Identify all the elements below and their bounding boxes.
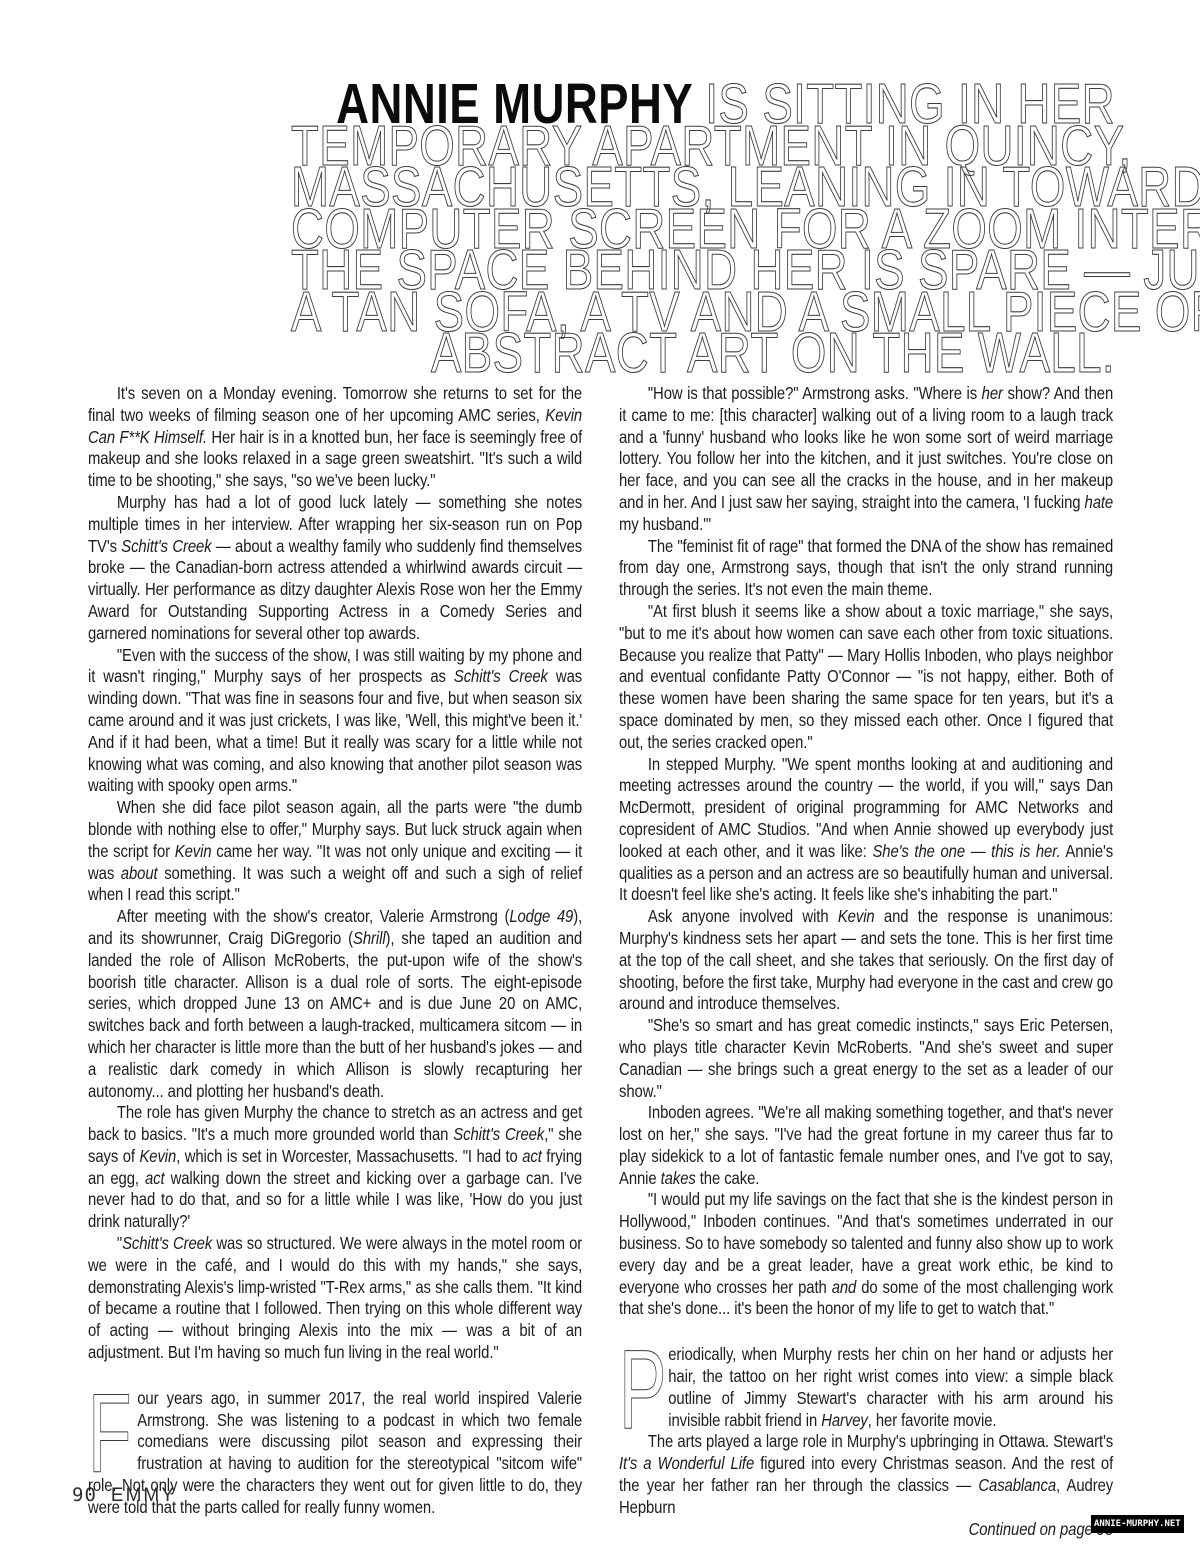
paragraph: "At first blush it seems like a show abo… — [619, 601, 1113, 754]
text-run: Kevin — [838, 906, 875, 926]
paragraph: When she did face pilot season again, al… — [88, 797, 582, 906]
paragraph: "How is that possible?" Armstrong asks. … — [619, 383, 1113, 536]
text-run: It's seven on a Monday evening. Tomorrow… — [88, 383, 582, 425]
magazine-name: EMMY — [111, 1485, 176, 1506]
paragraph: "Even with the success of the show, I wa… — [88, 645, 582, 798]
headline-line: ABSTRACT ART ON THE WALL. — [291, 333, 1115, 375]
text-run: my husband.'" — [619, 514, 711, 534]
paragraph: "I would put my life savings on the fact… — [619, 1189, 1113, 1320]
paragraph: It's seven on a Monday evening. Tomorrow… — [88, 383, 582, 492]
text-run: Harvey — [821, 1410, 868, 1430]
text-run: "She's so smart and has great comedic in… — [619, 1015, 1113, 1100]
paragraph: "Schitt's Creek was so structured. We we… — [88, 1233, 582, 1364]
paragraph: The role has given Murphy the chance to … — [88, 1102, 582, 1233]
text-run: the cake. — [696, 1168, 760, 1188]
text-run: hate — [1085, 492, 1114, 512]
text-run: Shrill — [353, 928, 386, 948]
text-run: ), she taped an audition and landed the … — [88, 928, 582, 1101]
text-run: Schitt's Creek — [121, 536, 211, 556]
magazine-page: ANNIE MURPHY IS SITTING IN HERTEMPORARY … — [0, 0, 1200, 1558]
text-run: about — [121, 863, 158, 883]
text-run: Kevin — [139, 1146, 176, 1166]
text-run: act — [145, 1168, 165, 1188]
text-run: and — [832, 1277, 857, 1297]
text-run: , which is set in Worcester, Massachuset… — [176, 1146, 522, 1166]
headline-thin-text: ABSTRACT ART ON THE WALL. — [431, 321, 1115, 385]
text-run: "At first blush it seems like a show abo… — [619, 601, 1113, 752]
paragraph: Periodically, when Murphy rests her chin… — [619, 1344, 1113, 1431]
text-run: Schitt's Creek — [453, 1124, 544, 1144]
drop-cap: P — [619, 1344, 661, 1410]
text-run: The "feminist fit of rage" that formed t… — [619, 536, 1113, 600]
text-run: Schitt's Creek — [454, 666, 548, 686]
text-run: act — [522, 1146, 542, 1166]
headline: ANNIE MURPHY IS SITTING IN HERTEMPORARY … — [85, 84, 1115, 375]
text-run: Schitt's Creek — [122, 1233, 212, 1253]
article-column-left: It's seven on a Monday evening. Tomorrow… — [88, 383, 582, 1519]
text-run: her — [982, 383, 1003, 403]
page-number: 90 — [72, 1484, 97, 1506]
paragraph: The "feminist fit of rage" that formed t… — [619, 536, 1113, 601]
text-run: something. It was such a weight off and … — [88, 863, 582, 905]
watermark: ANNIE-MURPHY.NET — [1091, 1515, 1184, 1533]
text-run: , her favorite movie. — [868, 1410, 997, 1430]
text-run: Casablanca — [978, 1475, 1056, 1495]
text-run: After meeting with the show's creator, V… — [117, 906, 509, 926]
paragraph: In stepped Murphy. "We spent months look… — [619, 754, 1113, 907]
text-run: takes — [661, 1168, 696, 1188]
text-run: It's a Wonderful Life — [619, 1453, 754, 1473]
text-run: Lodge 49 — [509, 906, 573, 926]
drop-cap-letter: F — [88, 1378, 132, 1490]
text-run: She's the one — this is her. — [872, 841, 1060, 861]
drop-cap-letter: P — [619, 1334, 667, 1446]
paragraph: Inboden agrees. "We're all making someth… — [619, 1102, 1113, 1189]
paragraph: Ask anyone involved with Kevin and the r… — [619, 906, 1113, 1015]
footer: 90EMMY — [72, 1484, 176, 1507]
drop-cap: F — [88, 1388, 130, 1454]
paragraph: "She's so smart and has great comedic in… — [619, 1015, 1113, 1102]
text-run: Ask anyone involved with — [648, 906, 838, 926]
article-column-right: "How is that possible?" Armstrong asks. … — [619, 383, 1113, 1540]
text-run: Kevin — [175, 841, 212, 861]
continued-note: Continued on page 95 — [619, 1519, 1113, 1541]
paragraph: The arts played a large role in Murphy's… — [619, 1431, 1113, 1518]
text-run: The arts played a large role in Murphy's… — [648, 1431, 1113, 1451]
text-run: "How is that possible?" Armstrong asks. … — [648, 383, 982, 403]
paragraph: Murphy has had a lot of good luck lately… — [88, 492, 582, 645]
paragraph: After meeting with the show's creator, V… — [88, 906, 582, 1102]
